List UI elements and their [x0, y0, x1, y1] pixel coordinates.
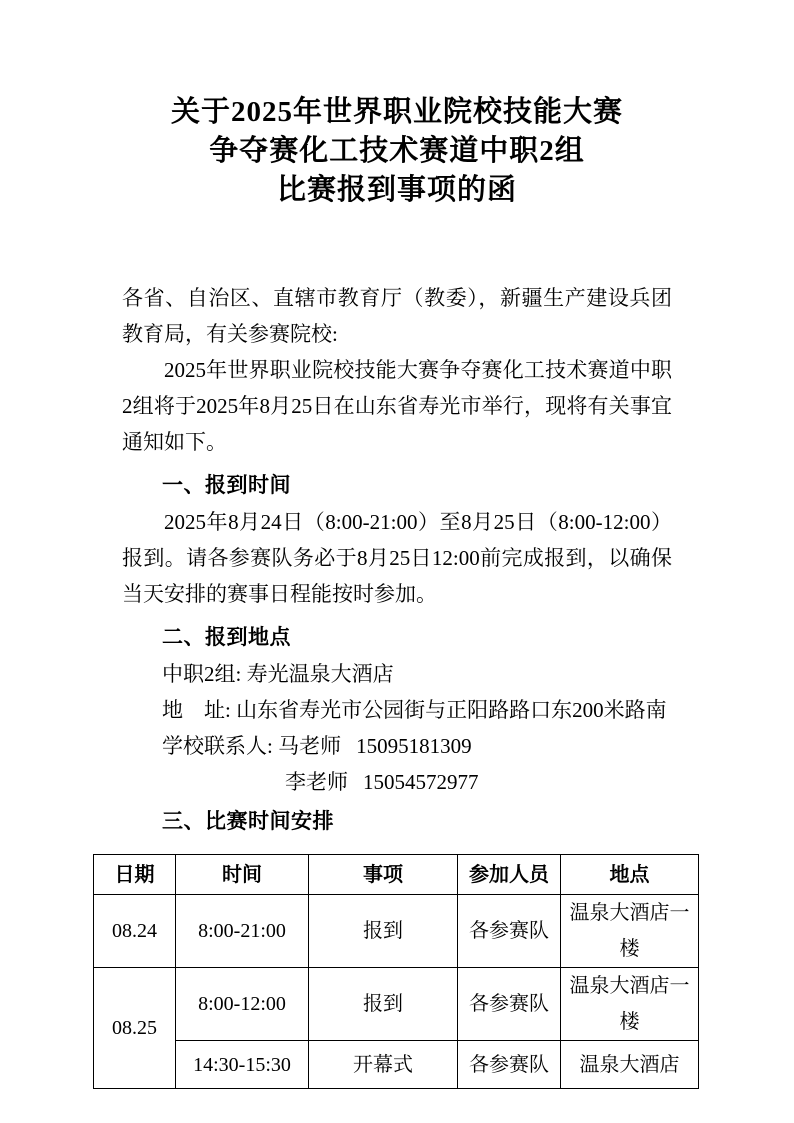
cell-time: 8:00-12:00 [176, 968, 309, 1041]
table-header-participants: 参加人员 [458, 855, 561, 895]
document-title-line-2: 争夺赛化工技术赛道中职2组 [0, 132, 794, 171]
address-line: 地 址: 山东省寿光市公园街与正阳路路口东200米路南 [122, 692, 672, 728]
table-row: 08.24 8:00-21:00 报到 各参赛队 温泉大酒店一楼 [94, 895, 699, 968]
section1-heading: 一、报到时间 [122, 468, 672, 504]
table-row: 08.25 8:00-12:00 报到 各参赛队 温泉大酒店一楼 [94, 968, 699, 1041]
intro-paragraph: 2025年世界职业院校技能大赛争夺赛化工技术赛道中职2组将于2025年8月25日… [122, 352, 672, 460]
contact-line-1: 学校联系人: 马老师15095181309 [122, 728, 672, 764]
table-header-location: 地点 [561, 855, 699, 895]
section2-heading: 二、报到地点 [122, 620, 672, 656]
table-row: 14:30-15:30 开幕式 各参赛队 温泉大酒店 [94, 1041, 699, 1089]
cell-location: 温泉大酒店一楼 [561, 895, 699, 968]
contact1-name: 马老师 [278, 734, 341, 758]
cell-event: 报到 [309, 895, 458, 968]
cell-participants: 各参赛队 [458, 968, 561, 1041]
document-title: 关于2025年世界职业院校技能大赛 争夺赛化工技术赛道中职2组 比赛报到事项的函 [0, 0, 794, 210]
contact1-phone: 15095181309 [356, 734, 472, 758]
document-body: 各省、自治区、直辖市教育厅（教委），新疆生产建设兵团教育局，有关参赛院校: 20… [0, 280, 794, 1089]
contact-line-2: 李老师15054572977 [122, 764, 672, 800]
contact-label: 学校联系人: [162, 734, 278, 758]
table-header-event: 事项 [309, 855, 458, 895]
cell-time: 8:00-21:00 [176, 895, 309, 968]
table-header-row: 日期 时间 事项 参加人员 地点 [94, 855, 699, 895]
cell-participants: 各参赛队 [458, 1041, 561, 1089]
document-title-line-3: 比赛报到事项的函 [0, 171, 794, 210]
venue-line: 中职2组: 寿光温泉大酒店 [122, 656, 672, 692]
schedule-table: 日期 时间 事项 参加人员 地点 08.24 8:00-21:00 报到 各参赛… [93, 854, 699, 1089]
contact2-name: 李老师 [285, 770, 348, 794]
cell-time: 14:30-15:30 [176, 1041, 309, 1089]
salutation-paragraph: 各省、自治区、直辖市教育厅（教委），新疆生产建设兵团教育局，有关参赛院校: [122, 280, 672, 352]
cell-event: 报到 [309, 968, 458, 1041]
section3-heading: 三、比赛时间安排 [122, 804, 672, 840]
cell-location: 温泉大酒店 [561, 1041, 699, 1089]
table-header-time: 时间 [176, 855, 309, 895]
contact2-phone: 15054572977 [363, 770, 479, 794]
section1-paragraph: 2025年8月24日（8:00-21:00）至8月25日（8:00-12:00）… [122, 504, 672, 612]
document-page: 关于2025年世界职业院校技能大赛 争夺赛化工技术赛道中职2组 比赛报到事项的函… [0, 0, 794, 1123]
table-header-date: 日期 [94, 855, 176, 895]
cell-participants: 各参赛队 [458, 895, 561, 968]
cell-date: 08.24 [94, 895, 176, 968]
document-title-line-1: 关于2025年世界职业院校技能大赛 [0, 93, 794, 132]
cell-event: 开幕式 [309, 1041, 458, 1089]
cell-date-merged: 08.25 [94, 968, 176, 1089]
cell-location: 温泉大酒店一楼 [561, 968, 699, 1041]
